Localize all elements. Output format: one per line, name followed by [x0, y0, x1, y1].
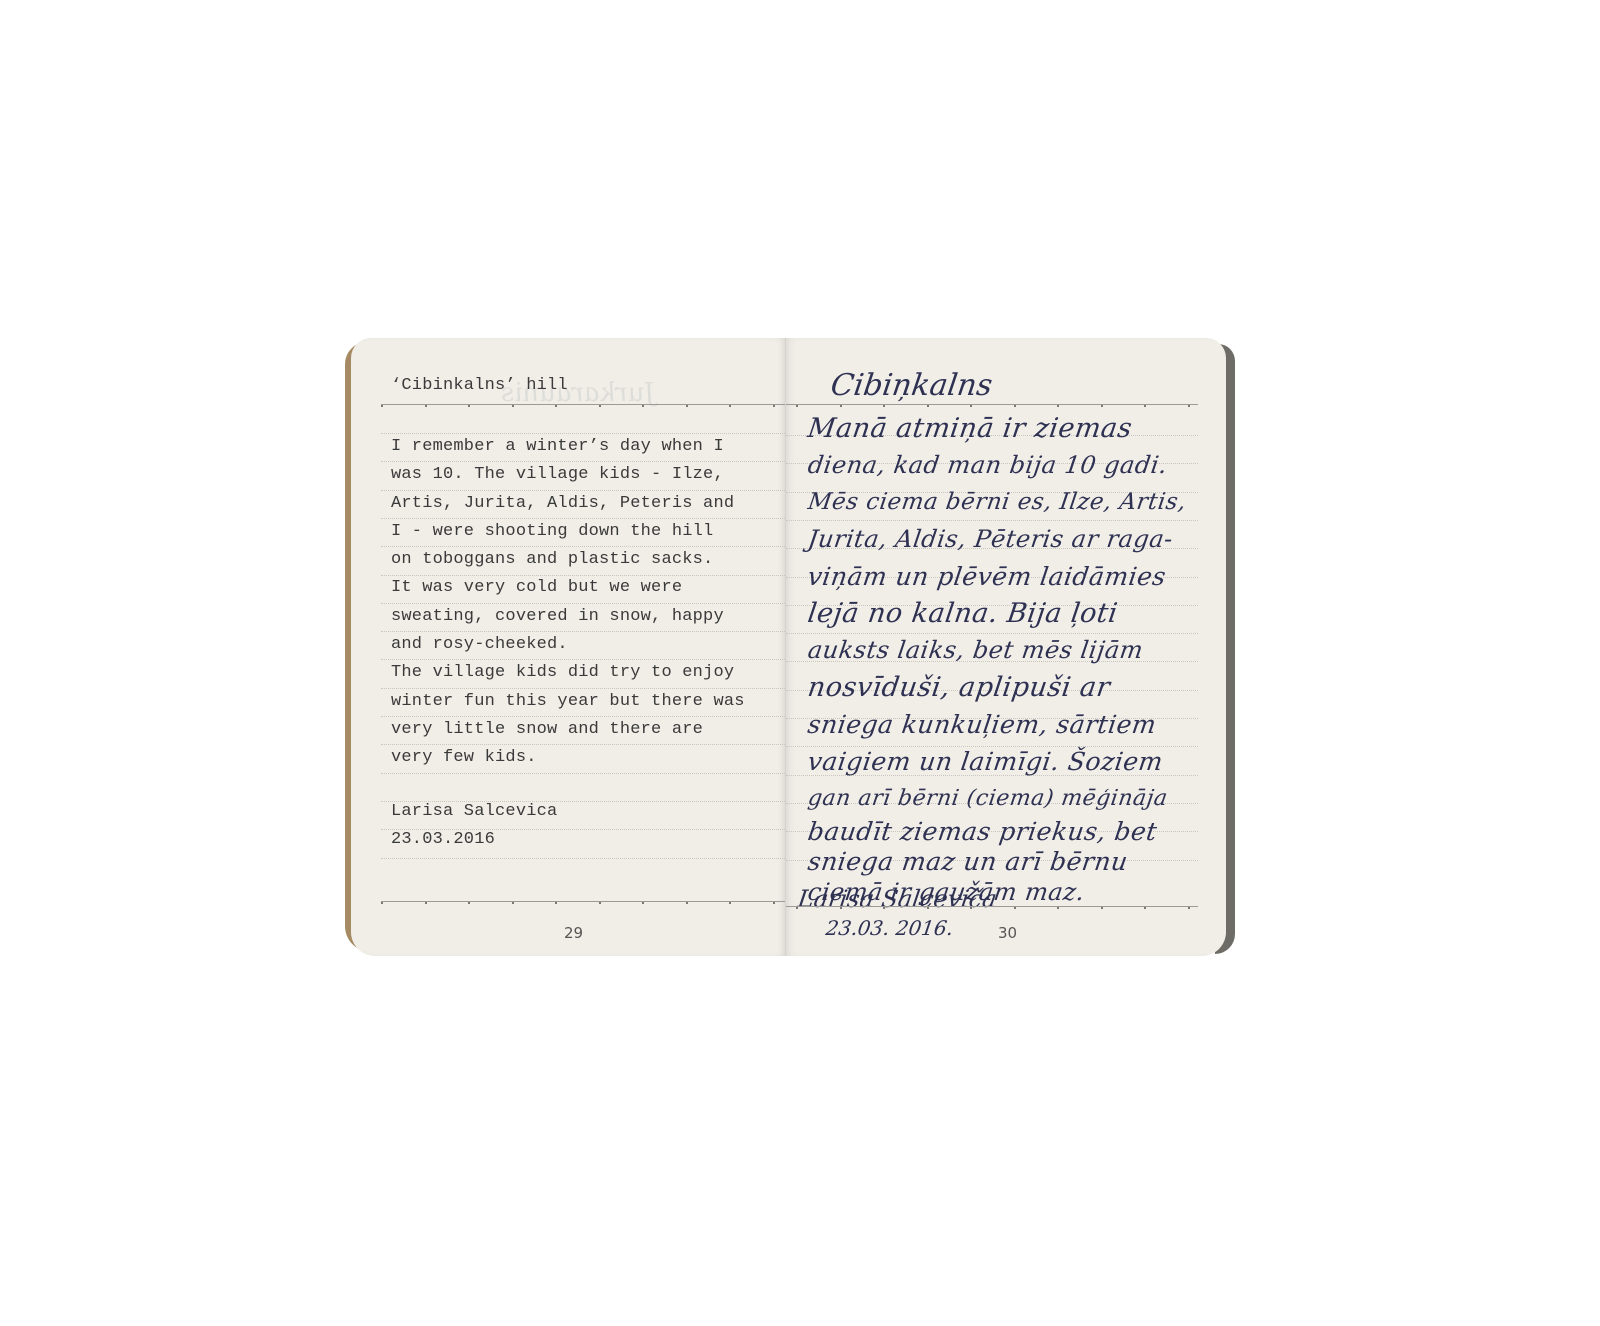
typed-line: I remember a winter’s day when I: [391, 433, 826, 461]
rule-tick: [883, 405, 885, 407]
rule-tick: [1101, 405, 1103, 407]
typed-line: winter fun this year but there was: [391, 688, 826, 716]
typed-line: on toboggans and plastic sacks.: [391, 546, 826, 574]
footer-rule: [786, 906, 1198, 907]
rule-tick: [642, 902, 644, 904]
page-number: 29: [564, 924, 583, 942]
rule-tick: [468, 405, 470, 407]
rule-tick: [468, 902, 470, 904]
rule-tick: [796, 405, 798, 407]
handwritten-line: Mēs ciema bērni es, Ilze, Artis,: [805, 484, 1230, 521]
rule-tick: [1101, 907, 1103, 909]
typed-line: Artis, Jurita, Aldis, Peteris and: [391, 490, 826, 518]
rule-tick: [773, 902, 775, 904]
typed-line: It was very cold but we were: [391, 574, 826, 602]
rule-tick: [599, 405, 601, 407]
page-number: 30: [998, 924, 1017, 942]
rule-tick: [555, 405, 557, 407]
typed-line: The village kids did try to enjoy: [391, 659, 826, 687]
typed-line: and rosy-cheeked.: [391, 631, 826, 659]
handwritten-line: baudīt ziemas priekus, bet: [806, 817, 1230, 847]
handwritten-line: viņām un plēvēm laidāmies: [805, 558, 1230, 595]
author-name: Larisa Salcevica: [391, 802, 557, 821]
left-page-title: ‘Cibinkalns’ hill: [391, 376, 568, 395]
dotted-guide-line: [381, 858, 791, 859]
rule-tick: [599, 902, 601, 904]
handwritten-line: lejā no kalna. Bija ļoti: [805, 595, 1230, 632]
rule-tick: [796, 907, 798, 909]
rule-tick: [425, 405, 427, 407]
handwritten-line: Jurita, Aldis, Pēteris ar raga-: [805, 521, 1230, 558]
handwritten-title: Cibiņkalns: [829, 368, 995, 403]
rule-tick: [927, 405, 929, 407]
rule-tick: [1057, 405, 1059, 407]
header-rule: [786, 404, 1198, 405]
handwritten-signature: Larisa Salceviča: [796, 885, 999, 913]
rule-tick: [642, 405, 644, 407]
rule-tick: [970, 405, 972, 407]
typed-line: very little snow and there are: [391, 716, 826, 744]
rule-tick: [970, 907, 972, 909]
handwritten-body: Manā atmiņā ir ziemas diena, kad man bij…: [808, 410, 1228, 907]
handwritten-line: auksts laiks, bet mēs lijām: [805, 632, 1230, 669]
dotted-guide-line: [381, 773, 791, 774]
rule-tick: [1144, 405, 1146, 407]
rule-tick: [381, 902, 383, 904]
rule-tick: [840, 405, 842, 407]
rule-tick: [555, 902, 557, 904]
header-rule: [381, 404, 791, 405]
rule-tick: [1188, 405, 1190, 407]
left-page: Jurkaraunis ‘Cibinkalns’ hill I remember…: [351, 338, 786, 956]
rule-tick: [729, 405, 731, 407]
rule-tick: [729, 902, 731, 904]
typed-line: was 10. The village kids - Ilze,: [391, 461, 826, 489]
typed-body: I remember a winter’s day when I was 10.…: [351, 433, 786, 773]
rule-tick: [686, 405, 688, 407]
handwritten-line: sniega kunkuļiem, sārtiem: [805, 706, 1230, 743]
typed-line: I - were shooting down the hill: [391, 518, 826, 546]
rule-tick: [1014, 907, 1016, 909]
rule-tick: [686, 902, 688, 904]
rule-tick: [425, 902, 427, 904]
rule-tick: [1188, 907, 1190, 909]
handwritten-line: nosvīduši, aplipuši ar: [805, 669, 1230, 706]
rule-tick: [381, 405, 383, 407]
typed-line: very few kids.: [391, 744, 826, 772]
rule-tick: [1144, 907, 1146, 909]
handwritten-line: gan arī bērni (ciema) mēģināja: [805, 780, 1230, 817]
rule-tick: [1014, 405, 1016, 407]
rule-tick: [512, 405, 514, 407]
entry-date: 23.03.2016: [391, 830, 495, 849]
rule-tick: [1057, 907, 1059, 909]
handwritten-line: Manā atmiņā ir ziemas: [805, 410, 1230, 447]
typed-line: sweating, covered in snow, happy: [391, 603, 826, 631]
handwritten-line: sniega maz un arī bērnu: [806, 847, 1230, 877]
footer-rule: [381, 901, 791, 902]
open-notebook: Jurkaraunis ‘Cibinkalns’ hill I remember…: [345, 338, 1235, 960]
rule-tick: [512, 902, 514, 904]
handwritten-line: vaigiem un laimīgi. Šoziem: [805, 743, 1230, 780]
rule-tick: [773, 405, 775, 407]
handwritten-line: diena, kad man bija 10 gadi.: [805, 447, 1230, 484]
rule-tick: [840, 907, 842, 909]
right-page: Cibiņkalns Manā atmiņā ir ziemas diena, …: [786, 338, 1226, 956]
rule-tick: [927, 907, 929, 909]
handwritten-date: 23.03. 2016.: [824, 916, 955, 940]
rule-tick: [883, 907, 885, 909]
